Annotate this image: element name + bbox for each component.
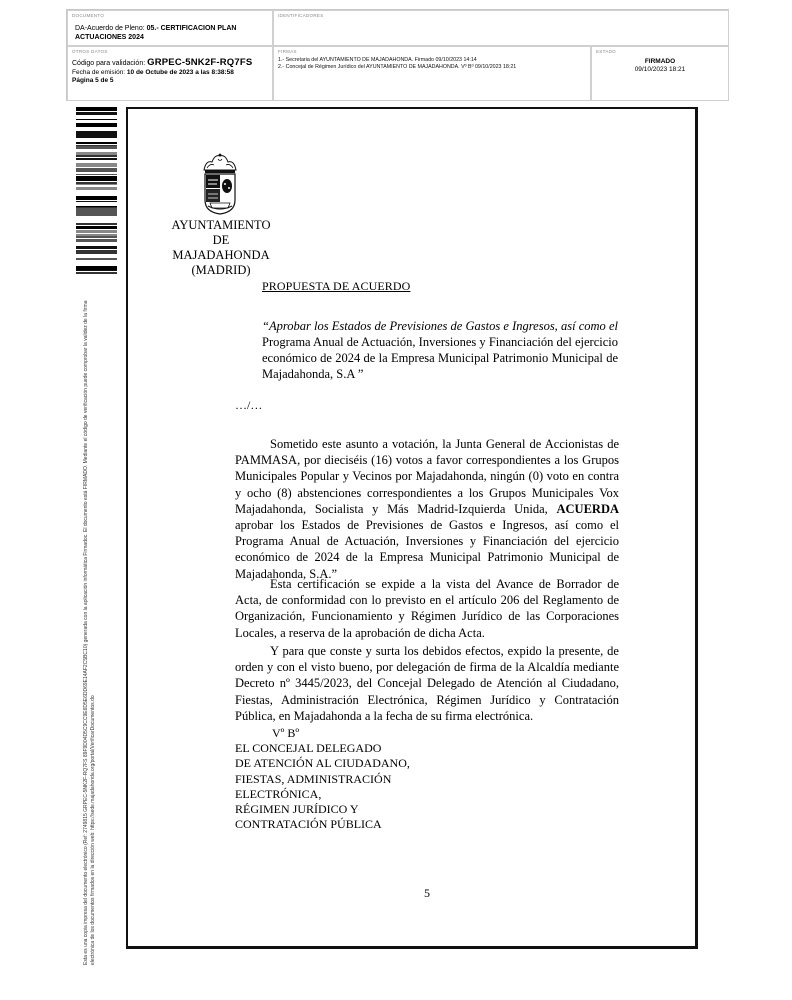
omission-mark: …/… <box>235 398 262 413</box>
signature-1: 1.- Secretaria del AYUNTAMIENTO DE MAJAD… <box>278 57 477 63</box>
documento-label: DOCUMENTO <box>72 13 104 18</box>
barcode-icon <box>76 107 117 275</box>
estado-label: ESTADO <box>596 49 616 54</box>
proposal-quote: “Aprobar los Estados de Previsiones de G… <box>262 318 618 382</box>
otros-datos-cell: OTROS DATOS Código para validación: GRPE… <box>67 46 273 101</box>
estado-cell: ESTADO FIRMADO 09/10/2023 18:21 <box>591 46 729 101</box>
organization-name: AYUNTAMIENTO DE MAJADAHONDA (MADRID) <box>162 218 280 278</box>
validation-code-line: Código para validación: GRPEC-5NK2F-RQ7F… <box>72 57 252 68</box>
certification-paragraph: Esta certificación se expide a la vista … <box>235 576 619 641</box>
emission-date-line: Fecha de emisión: 10 de Octube de 2023 a… <box>72 69 234 76</box>
status-badge: FIRMADO <box>592 58 728 65</box>
proposal-title: PROPUESTA DE ACUERDO <box>262 279 410 294</box>
emission-date: 10 de Octube de 2023 a las 8:38:58 <box>127 69 234 76</box>
document-metadata-header: DOCUMENTO DA-Acuerdo de Pleno: 05.- CERT… <box>66 9 729 101</box>
page-count: Página 5 de 5 <box>72 77 114 84</box>
municipal-crest-icon <box>198 152 242 218</box>
status-date: 09/10/2023 18:21 <box>592 66 728 73</box>
documento-cell: DOCUMENTO DA-Acuerdo de Pleno: 05.- CERT… <box>67 10 273 46</box>
signer-block: EL CONCEJAL DELEGADO DE ATENCIÓN AL CIUD… <box>235 741 410 833</box>
firmas-cell: FIRMAS 1.- Secretaria del AYUNTAMIENTO D… <box>273 46 591 101</box>
resolution-paragraph: Sometido este asunto a votación, la Junt… <box>235 436 619 582</box>
identificadores-label: IDENTIFICADORES <box>278 13 324 18</box>
verification-side-text: Esta es una copia impresa del documento … <box>83 295 96 965</box>
document-title: DA-Acuerdo de Pleno: 05.- CERTIFICACION … <box>75 24 265 42</box>
otros-datos-label: OTROS DATOS <box>72 49 108 54</box>
firmas-label: FIRMAS <box>278 49 297 54</box>
page-number: 5 <box>424 886 430 901</box>
identificadores-cell: IDENTIFICADORES <box>273 10 729 46</box>
signature-2: 2.- Concejal de Régimen Jurídico del AYU… <box>278 64 516 70</box>
closing-paragraph: Y para que conste y surta los debidos ef… <box>235 643 619 724</box>
validation-code: GRPEC-5NK2F-RQ7FS <box>147 57 252 68</box>
visto-bueno: Vº Bº <box>272 726 299 741</box>
